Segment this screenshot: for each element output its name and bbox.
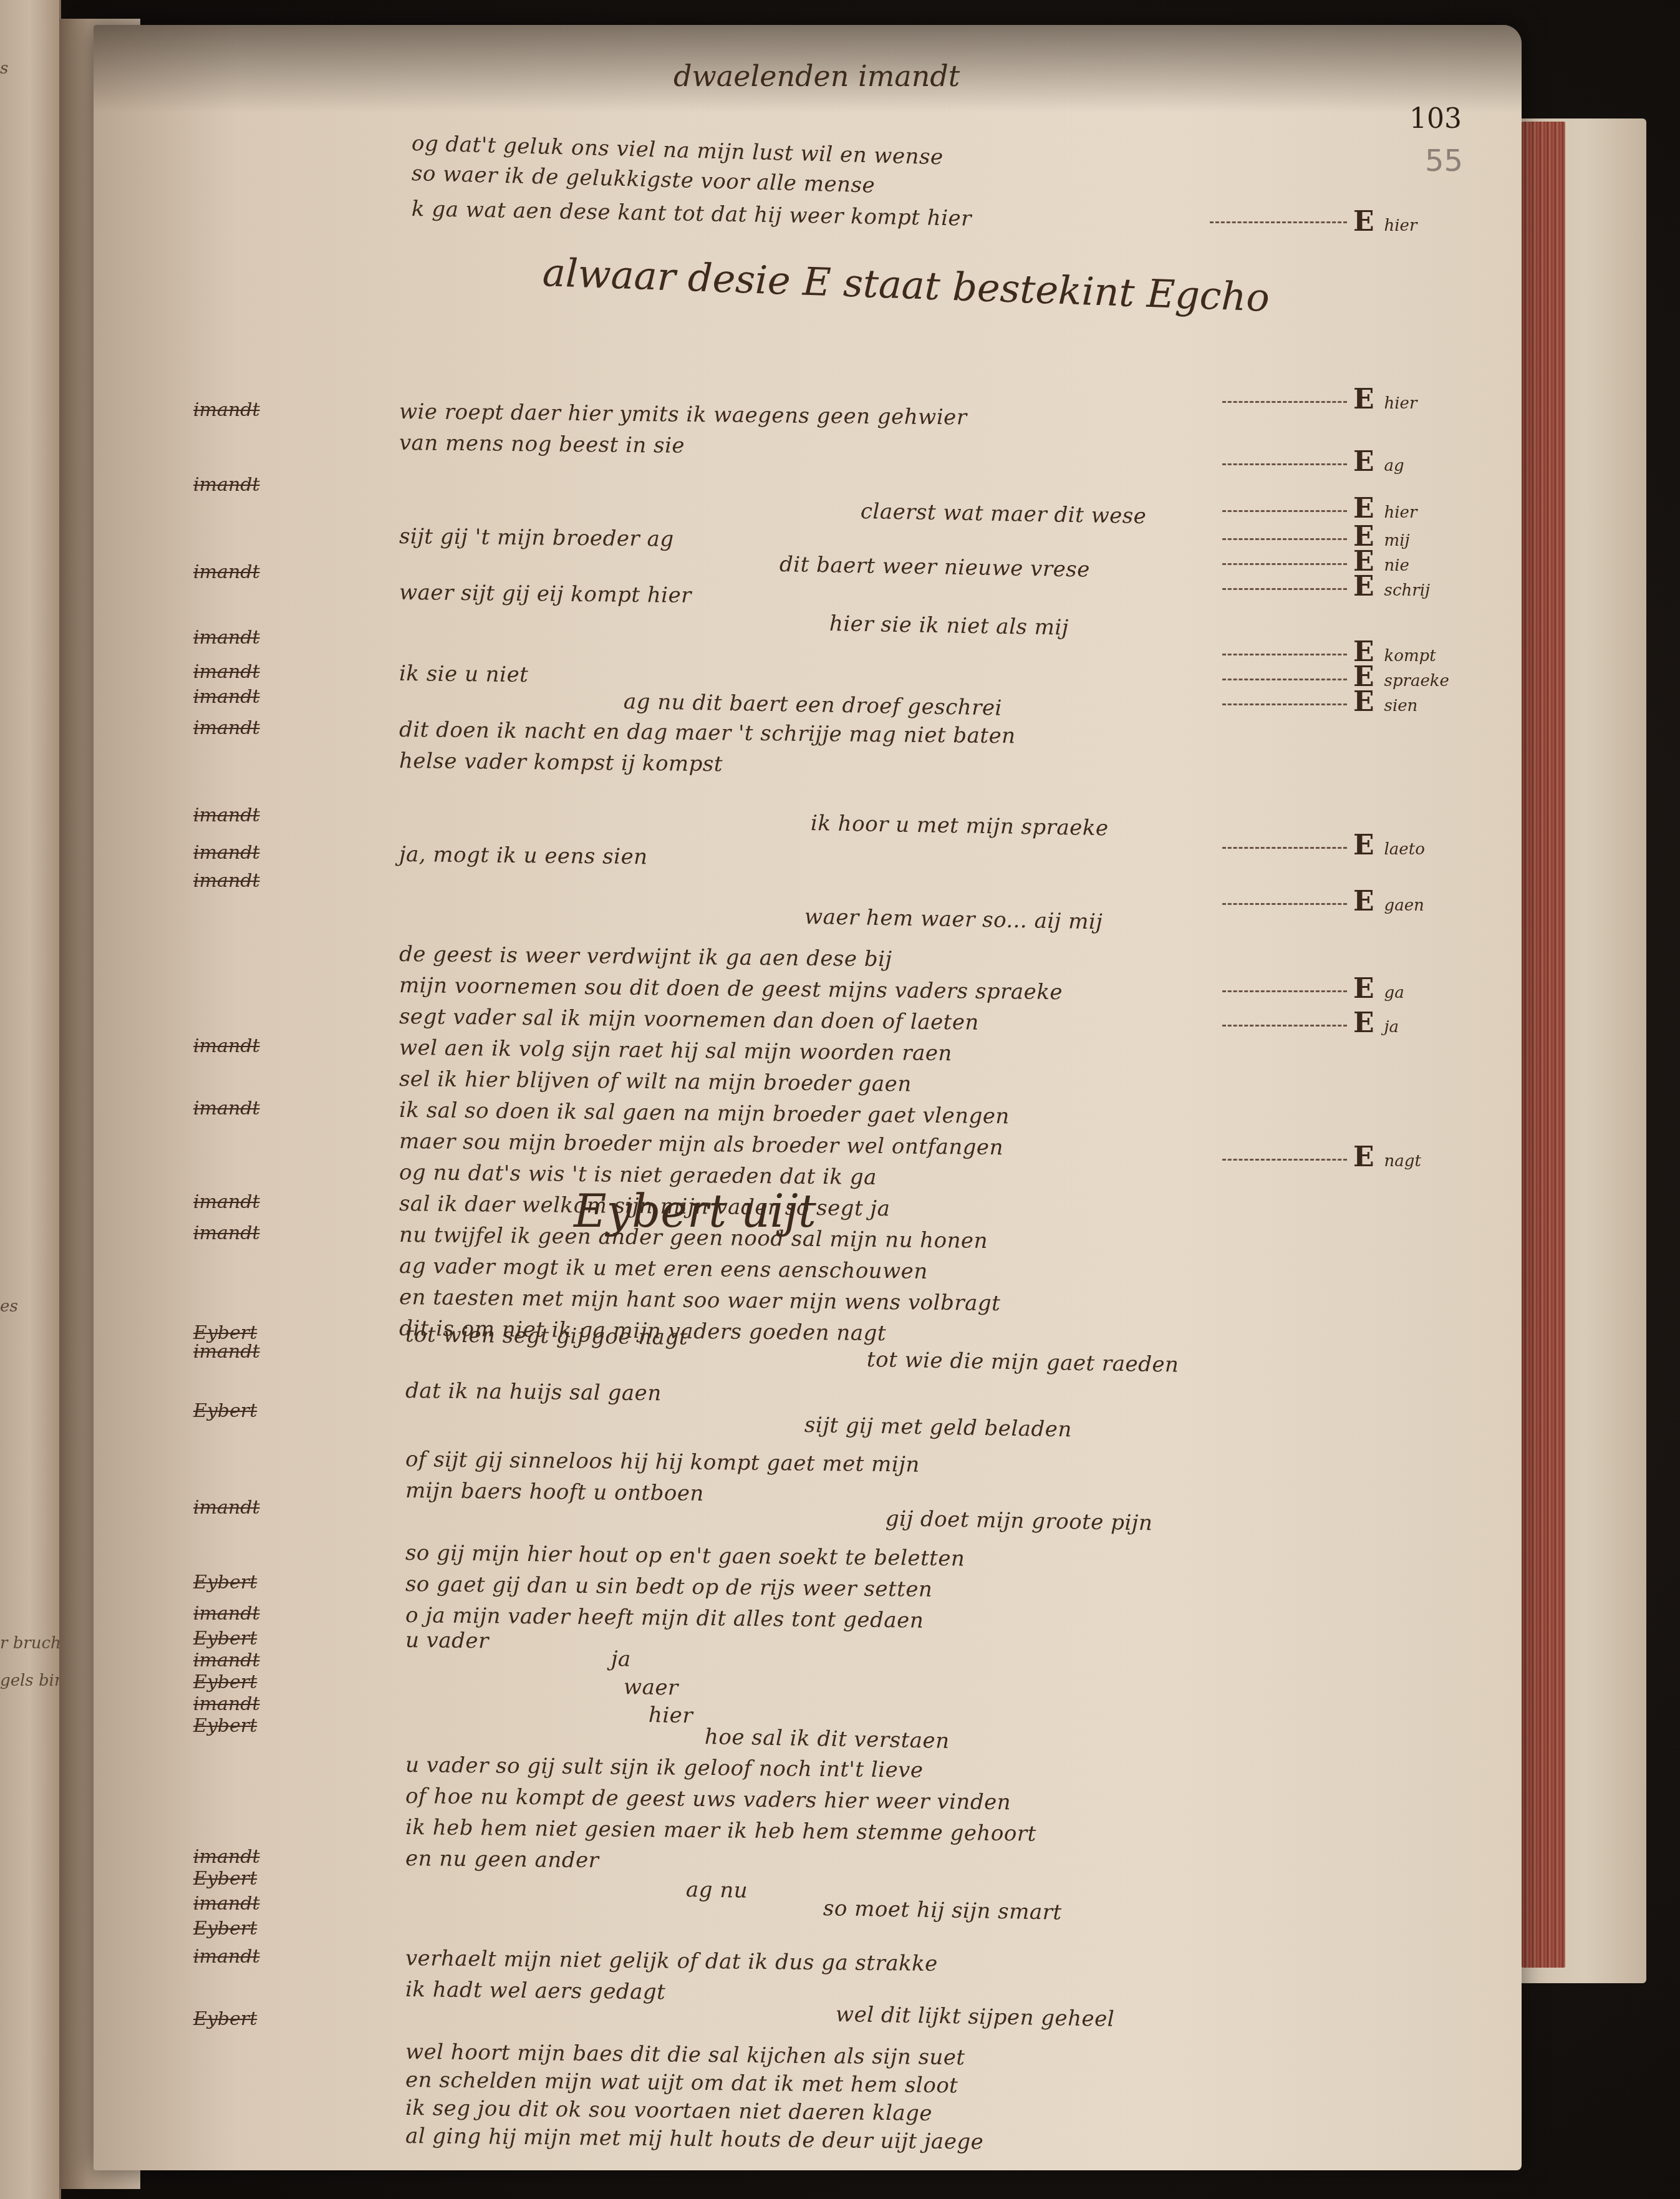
previous-page-text-fragment: s (0, 59, 8, 78)
interlinear-echo-line: gij doet mijn groote pijn (886, 1506, 1153, 1535)
echo-word: nagt (1384, 1152, 1421, 1171)
cue-leader (1222, 401, 1347, 403)
speaker-label: imandt (193, 1098, 260, 1119)
interlinear-echo-line: waer hem waer so... aij mij (804, 904, 1103, 934)
verse-line: tot wien segt gij goe nagt (405, 1322, 688, 1350)
echo-mark: E (1353, 973, 1374, 1005)
speaker-label: imandt (193, 1191, 260, 1213)
interlinear-echo-line: ag nu (686, 1877, 748, 1903)
speaker-label: Eybert (193, 2008, 257, 2030)
echo-word: hier (1384, 216, 1417, 235)
cue-leader (1222, 1159, 1347, 1161)
pencil-folio-number: 55 (1425, 143, 1463, 178)
manuscript-page (94, 25, 1522, 2170)
echo-word: laeto (1384, 840, 1425, 859)
verse-line: sijt gij 't mijn broeder ag (399, 524, 674, 552)
cue-leader (1222, 679, 1347, 680)
speaker-label: imandt (193, 1693, 260, 1715)
echo-cue: Ehier (1353, 493, 1417, 524)
interlinear-echo-line: ja (611, 1646, 632, 1672)
cue-leader (1222, 847, 1347, 849)
echo-word: ag (1384, 457, 1404, 475)
interlinear-echo-line: waer (624, 1675, 678, 1701)
speaker-label: imandt (193, 399, 260, 421)
speaker-label: Eybert (193, 1572, 257, 1593)
speaker-label: imandt (193, 661, 260, 683)
echo-mark: E (1353, 829, 1374, 861)
echo-cue: Esien (1353, 686, 1417, 718)
verse-line: helse vader kompst ij kompst (399, 748, 723, 776)
speaker-label: imandt (193, 561, 260, 583)
speaker-label: imandt (193, 1946, 260, 1968)
cue-leader (1222, 538, 1347, 540)
speaker-label: imandt (193, 1603, 260, 1625)
cue-leader (1210, 221, 1347, 223)
echo-word: hier (1384, 394, 1417, 413)
stage-direction-eybert-exits: Eybert uijt (574, 1185, 816, 1237)
echo-cue: Eag (1353, 446, 1404, 478)
speaker-label: imandt (193, 1846, 260, 1868)
speaker-label: imandt (193, 842, 260, 864)
folio-number: 103 (1409, 103, 1462, 135)
speaker-label: imandt (193, 686, 260, 708)
verse-line: ik sie u niet (399, 661, 529, 687)
cue-leader (1222, 654, 1347, 655)
echo-cue: Ega (1353, 973, 1404, 1005)
interlinear-echo-line: wel dit lijkt sijpen geheel (836, 2002, 1115, 2032)
speaker-label: imandt (193, 1650, 260, 1671)
verse-line: u vader (405, 1628, 489, 1653)
speaker-label: Eybert (193, 1671, 257, 1693)
speaker-label: Eybert (193, 1400, 257, 1422)
echo-cue: Eschrij (1353, 571, 1430, 602)
speaker-label: imandt (193, 627, 260, 649)
echo-word: gaen (1384, 896, 1424, 915)
verse-line: mijn baers hooft u ontboen (405, 1478, 704, 1506)
echo-cue: Ehier (1353, 384, 1417, 415)
cue-leader (1222, 990, 1347, 992)
echo-mark: E (1353, 1007, 1374, 1039)
running-head: dwaelenden imandt (673, 59, 960, 93)
previous-page-text-fragment: gels bin (0, 1671, 65, 1690)
speaker-label: imandt (193, 717, 260, 739)
cue-leader (1222, 903, 1347, 905)
interlinear-echo-line: so moet hij sijn smart (823, 1896, 1062, 1925)
echo-cue: Ehier (1353, 206, 1417, 238)
cue-leader (1222, 463, 1347, 465)
verse-line: en nu geen ander (405, 1846, 599, 1873)
echo-cue: Elaeto (1353, 829, 1425, 861)
echo-mark: E (1353, 1141, 1374, 1173)
speaker-label: Eybert (193, 1715, 257, 1737)
speaker-label: imandt (193, 1222, 260, 1244)
cue-leader (1222, 703, 1347, 705)
speaker-label: imandt (193, 870, 260, 892)
previous-page-text-fragment: es (0, 1297, 18, 1316)
verse-line: ik hadt wel aers gedagt (405, 1977, 666, 2004)
echo-cue: Enagt (1353, 1141, 1421, 1173)
echo-word: schrij (1384, 581, 1430, 600)
speaker-label: imandt (193, 1341, 260, 1363)
speaker-label: imandt (193, 805, 260, 826)
echo-cue: Eja (1353, 1007, 1399, 1039)
echo-mark: E (1353, 686, 1374, 718)
previous-page-edge: sesr bruchsgels bin (0, 0, 61, 2199)
echo-mark: E (1353, 493, 1374, 524)
cue-leader (1222, 510, 1347, 512)
interlinear-echo-line: hoe sal ik dit verstaen (705, 1724, 950, 1754)
verse-line: ja, mogt ik u eens sien (399, 842, 648, 869)
verse-line: de geest is weer verdwijnt ik ga aen des… (399, 942, 892, 972)
echo-word: sien (1384, 697, 1418, 715)
echo-word: ja (1384, 1018, 1399, 1037)
echo-mark: E (1353, 886, 1374, 917)
echo-mark: E (1353, 446, 1374, 478)
echo-word: ga (1384, 984, 1404, 1002)
echo-word: hier (1384, 503, 1417, 522)
echo-mark: E (1353, 206, 1374, 238)
echo-mark: E (1353, 384, 1374, 415)
cue-leader (1222, 588, 1347, 590)
interlinear-echo-line: ik hoor u met mijn spraeke (811, 811, 1109, 841)
interlinear-echo-line: claerst wat maer dit wese (861, 499, 1147, 529)
speaker-label: Eybert (193, 1918, 257, 1940)
speaker-label: Eybert (193, 1868, 257, 1890)
verse-line: van mens nog beest in sie (399, 430, 685, 458)
cue-leader (1222, 1025, 1347, 1027)
cue-leader (1222, 563, 1347, 565)
speaker-label: imandt (193, 474, 260, 496)
speaker-label: imandt (193, 1035, 260, 1057)
speaker-label: Eybert (193, 1628, 257, 1650)
speaker-label: imandt (193, 1497, 260, 1519)
red-page-edges (1522, 122, 1565, 1968)
verse-line: waer sijt gij eij kompt hier (399, 580, 692, 608)
speaker-label: imandt (193, 1893, 260, 1915)
verse-line: dat ik na huijs sal gaen (405, 1378, 662, 1406)
interlinear-echo-line: hier sie ik niet als mij (829, 611, 1069, 640)
interlinear-echo-line: sijt gij met geld beladen (804, 1413, 1072, 1442)
interlinear-echo-line: hier (649, 1703, 693, 1728)
echo-cue: Egaen (1353, 886, 1424, 917)
echo-mark: E (1353, 571, 1374, 602)
